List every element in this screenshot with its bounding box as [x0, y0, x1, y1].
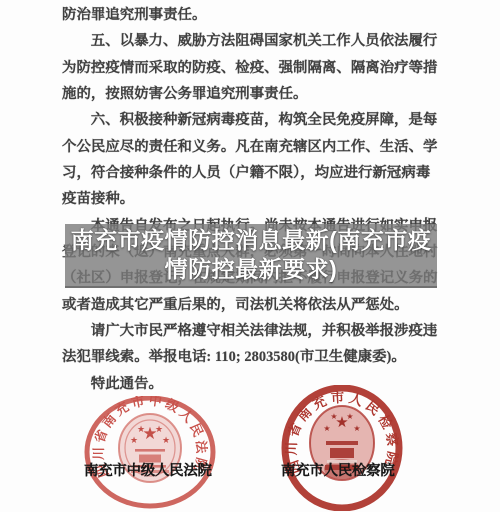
headline-line: 南充市疫情防控消息最新(南充市疫 — [71, 226, 432, 255]
notice-body-text: 防治罪追究刑事责任。 五、以暴力、威胁方法阻碍国家机关工作人员依法履行 为防控疫… — [62, 2, 444, 397]
court-name-label: 南充市中级人民法院 — [84, 462, 212, 480]
headline-line: 情防控最新要求) — [165, 255, 338, 284]
star-icon: ★ — [130, 436, 138, 446]
doc-line: 请广大市民严格遵守相关法律法规，并积极举报涉疫违 — [62, 318, 444, 344]
doc-line: 六、积极接种新冠病毒疫苗，构筑全民免疫屏障，是每 — [62, 107, 444, 133]
headline-overlay: 南充市疫情防控消息最新(南充市疫 情防控最新要求) — [65, 224, 437, 288]
star-icon: ★ — [137, 425, 145, 435]
doc-line: 法犯罪线索。举报电话: 110; 2803580(市卫生健康委)。 — [62, 344, 444, 370]
court-seal: 四川省南充市中级人民法院 ★ ★ ★ ★ ★ — [84, 396, 216, 512]
doc-line: 施的，按照妨害公务罪追究刑事责任。 — [62, 81, 444, 107]
star-icon: ★ — [346, 412, 353, 421]
star-icon: ★ — [162, 436, 170, 446]
star-icon: ★ — [155, 425, 163, 435]
scanned-notice-page: 防治罪追究刑事责任。 五、以暴力、威胁方法阻碍国家机关工作人员依法履行 为防控疫… — [0, 0, 500, 512]
star-icon: ★ — [330, 412, 337, 421]
doc-line: 五、以暴力、威胁方法阻碍国家机关工作人员依法履行 — [62, 28, 444, 54]
procuratorate-name-label: 南充市人民检察院 — [281, 462, 395, 480]
doc-line: 防治罪追究刑事责任。 — [62, 2, 444, 28]
doc-line: 个公民应尽的责任和义务。凡在南充辖区内工作、生活、学 — [62, 134, 444, 160]
doc-line: 或者造成其它严重后果的，司法机关将依法从严惩处。 — [62, 292, 444, 318]
doc-line: 为防控疫情而采取的防疫、检疫、强制隔离、隔离治疗等措 — [62, 55, 444, 81]
star-icon: ★ — [353, 424, 360, 433]
procuratorate-seal: 四川省南充市人民检察院 ★ ★ ★ ★ ★ — [281, 385, 403, 511]
doc-line: 习，符合接种条件的人员（户籍不限），均应进行新冠病毒 — [62, 160, 444, 186]
doc-line: 疫苗接种。 — [62, 186, 444, 212]
star-icon: ★ — [323, 424, 330, 433]
